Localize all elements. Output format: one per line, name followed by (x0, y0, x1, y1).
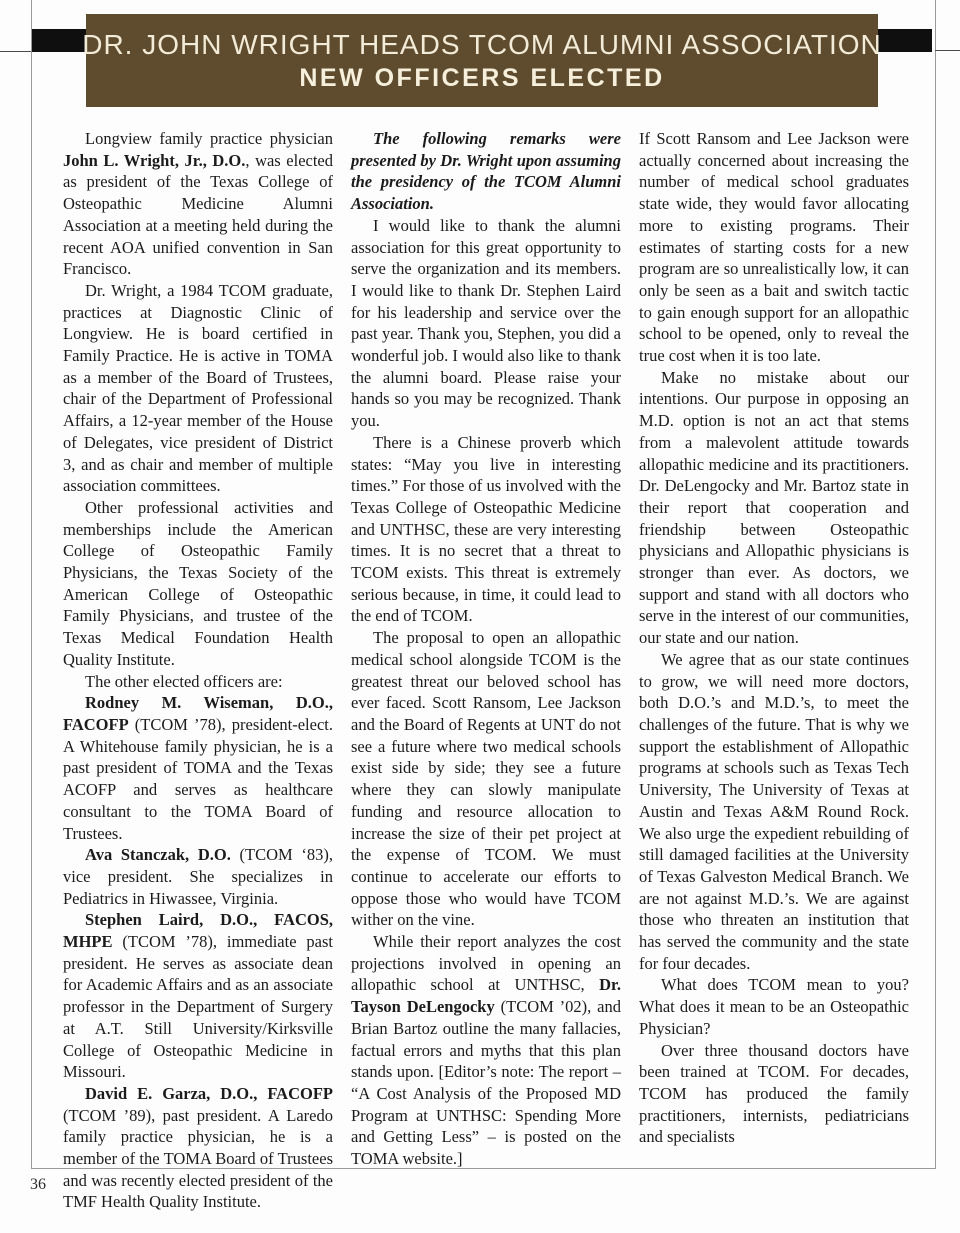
paragraph: David E. Garza, D.O., FACOFP (TCOM ’89),… (63, 1083, 333, 1213)
paragraph: The following remarks were presented by … (351, 128, 621, 215)
article-columns: Longview family practice physician John … (63, 128, 909, 1213)
body-text: I would like to thank the alumni associa… (351, 216, 621, 430)
body-text: While their report analyzes the cost pro… (351, 932, 621, 994)
body-text: (TCOM ’89), past president. A Laredo fam… (63, 1106, 333, 1212)
paragraph: Ava Stanczak, D.O. (TCOM ‘83), vice pres… (63, 844, 333, 909)
paragraph: Stephen Laird, D.O., FACOS, MHPE (TCOM ’… (63, 909, 333, 1083)
body-text: (TCOM ’02), and Brian Bartoz outline the… (351, 997, 621, 1168)
paragraph: Other professional activities and member… (63, 497, 333, 671)
left-margin-rule (0, 51, 31, 52)
article-column-1: Longview family practice physician John … (63, 128, 333, 1213)
paragraph: Longview family practice physician John … (63, 128, 333, 280)
body-text: There is a Chinese proverb which states:… (351, 433, 621, 626)
article-column-2: The following remarks were presented by … (351, 128, 621, 1213)
paragraph: I would like to thank the alumni associa… (351, 215, 621, 432)
header-banner: DR. JOHN WRIGHT HEADS TCOM ALUMNI ASSOCI… (86, 14, 878, 107)
paragraph: We agree that as our state continues to … (639, 649, 909, 975)
body-text: (TCOM ’78), president-elect. A Whitehous… (63, 715, 333, 843)
paragraph: There is a Chinese proverb which states:… (351, 432, 621, 627)
body-text: Longview family practice physician (85, 129, 333, 148)
bold-name-text: John L. Wright, Jr., D.O. (63, 151, 245, 170)
paragraph: If Scott Ransom and Lee Jackson were act… (639, 128, 909, 367)
right-margin-rule (935, 50, 960, 51)
magazine-page: DR. JOHN WRIGHT HEADS TCOM ALUMNI ASSOCI… (0, 0, 960, 1233)
body-text: We agree that as our state continues to … (639, 650, 909, 973)
paragraph: Over three thousand doctors have been tr… (639, 1040, 909, 1149)
body-text: The following remarks were presented by … (351, 129, 621, 213)
body-text: (TCOM ’78), immediate past president. He… (63, 932, 333, 1081)
body-text: Over three thousand doctors have been tr… (639, 1041, 909, 1147)
body-text: Make no mistake about our intentions. Ou… (639, 368, 909, 647)
body-text: The other elected officers are: (85, 672, 283, 691)
paragraph: Make no mistake about our intentions. Ou… (639, 367, 909, 649)
paragraph: What does TCOM mean to you? What does it… (639, 974, 909, 1039)
paragraph: The other elected officers are: (63, 671, 333, 693)
body-text: Dr. Wright, a 1984 TCOM graduate, practi… (63, 281, 333, 495)
article-subtitle: NEW OFFICERS ELECTED (299, 64, 664, 93)
page-number: 36 (30, 1176, 46, 1194)
paragraph: The proposal to open an allopathic medic… (351, 627, 621, 931)
body-text: The proposal to open an allopathic medic… (351, 628, 621, 929)
paragraph: While their report analyzes the cost pro… (351, 931, 621, 1170)
body-text: If Scott Ransom and Lee Jackson were act… (639, 129, 909, 365)
body-text: What does TCOM mean to you? What does it… (639, 975, 909, 1037)
body-text: Other professional activities and member… (63, 498, 333, 669)
article-column-3: If Scott Ransom and Lee Jackson were act… (639, 128, 909, 1213)
bold-name-text: David E. Garza, D.O., FACOFP (85, 1084, 333, 1103)
article-title: DR. JOHN WRIGHT HEADS TCOM ALUMNI ASSOCI… (82, 29, 882, 61)
paragraph: Rodney M. Wiseman, D.O., FACOFP (TCOM ’7… (63, 692, 333, 844)
paragraph: Dr. Wright, a 1984 TCOM graduate, practi… (63, 280, 333, 497)
bold-name-text: Ava Stanczak, D.O. (85, 845, 231, 864)
